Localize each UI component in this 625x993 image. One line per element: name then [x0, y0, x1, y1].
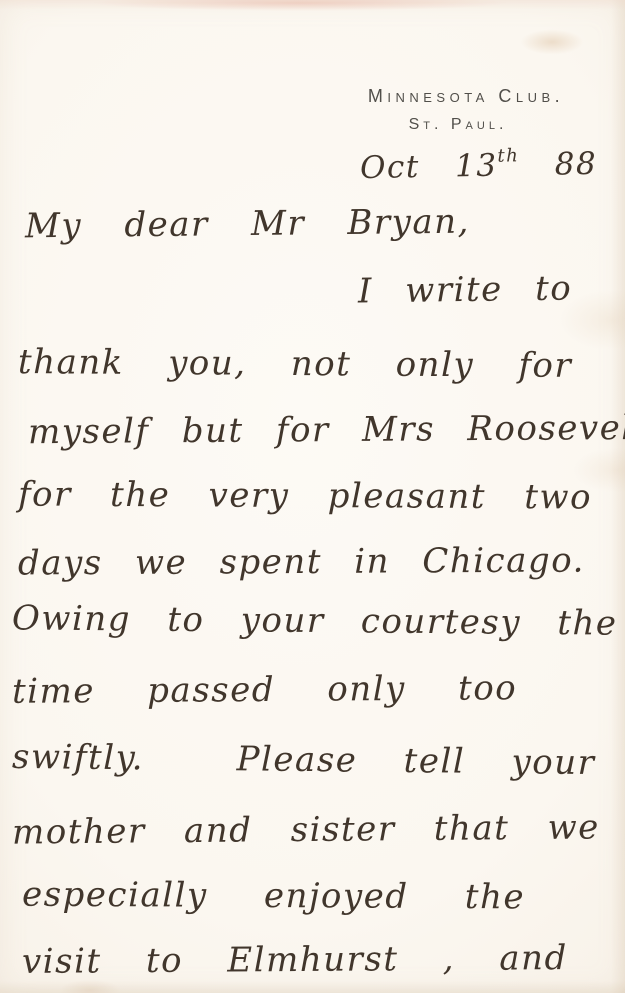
letter-line: I write to	[358, 272, 573, 309]
letter-date: Oct 13th 88	[360, 146, 598, 184]
letterhead-city: St. Paul.	[368, 116, 548, 134]
letter-line: mother and sister that we	[12, 810, 600, 849]
letter-line: visit to Elmhurst , and	[22, 941, 568, 979]
date-day: Oct 13	[360, 148, 498, 186]
letter-line: for the very pleasant two	[18, 477, 592, 514]
letter-line: days we spent in Chicago.	[18, 544, 585, 581]
letter-line: myself but for Mrs Roosevelt,	[28, 411, 625, 449]
letter-line: especially enjoyed the	[22, 878, 525, 915]
letter-page: Minnesota Club. St. Paul. Oct 13th 88 My…	[0, 0, 625, 993]
letterhead-club-name: Minnesota Club.	[352, 86, 580, 107]
letter-line: time passed only too	[12, 671, 517, 709]
letter-line: thank you, not only for	[18, 345, 572, 383]
letter-line: swiftly. Please tell your	[12, 740, 596, 780]
date-space	[519, 147, 555, 184]
letter-line-salutation: My dear Mr Bryan,	[25, 205, 470, 244]
date-year: 88	[554, 146, 597, 183]
letter-line: Owing to your courtesy the	[12, 601, 618, 640]
date-ordinal: th	[497, 145, 519, 166]
